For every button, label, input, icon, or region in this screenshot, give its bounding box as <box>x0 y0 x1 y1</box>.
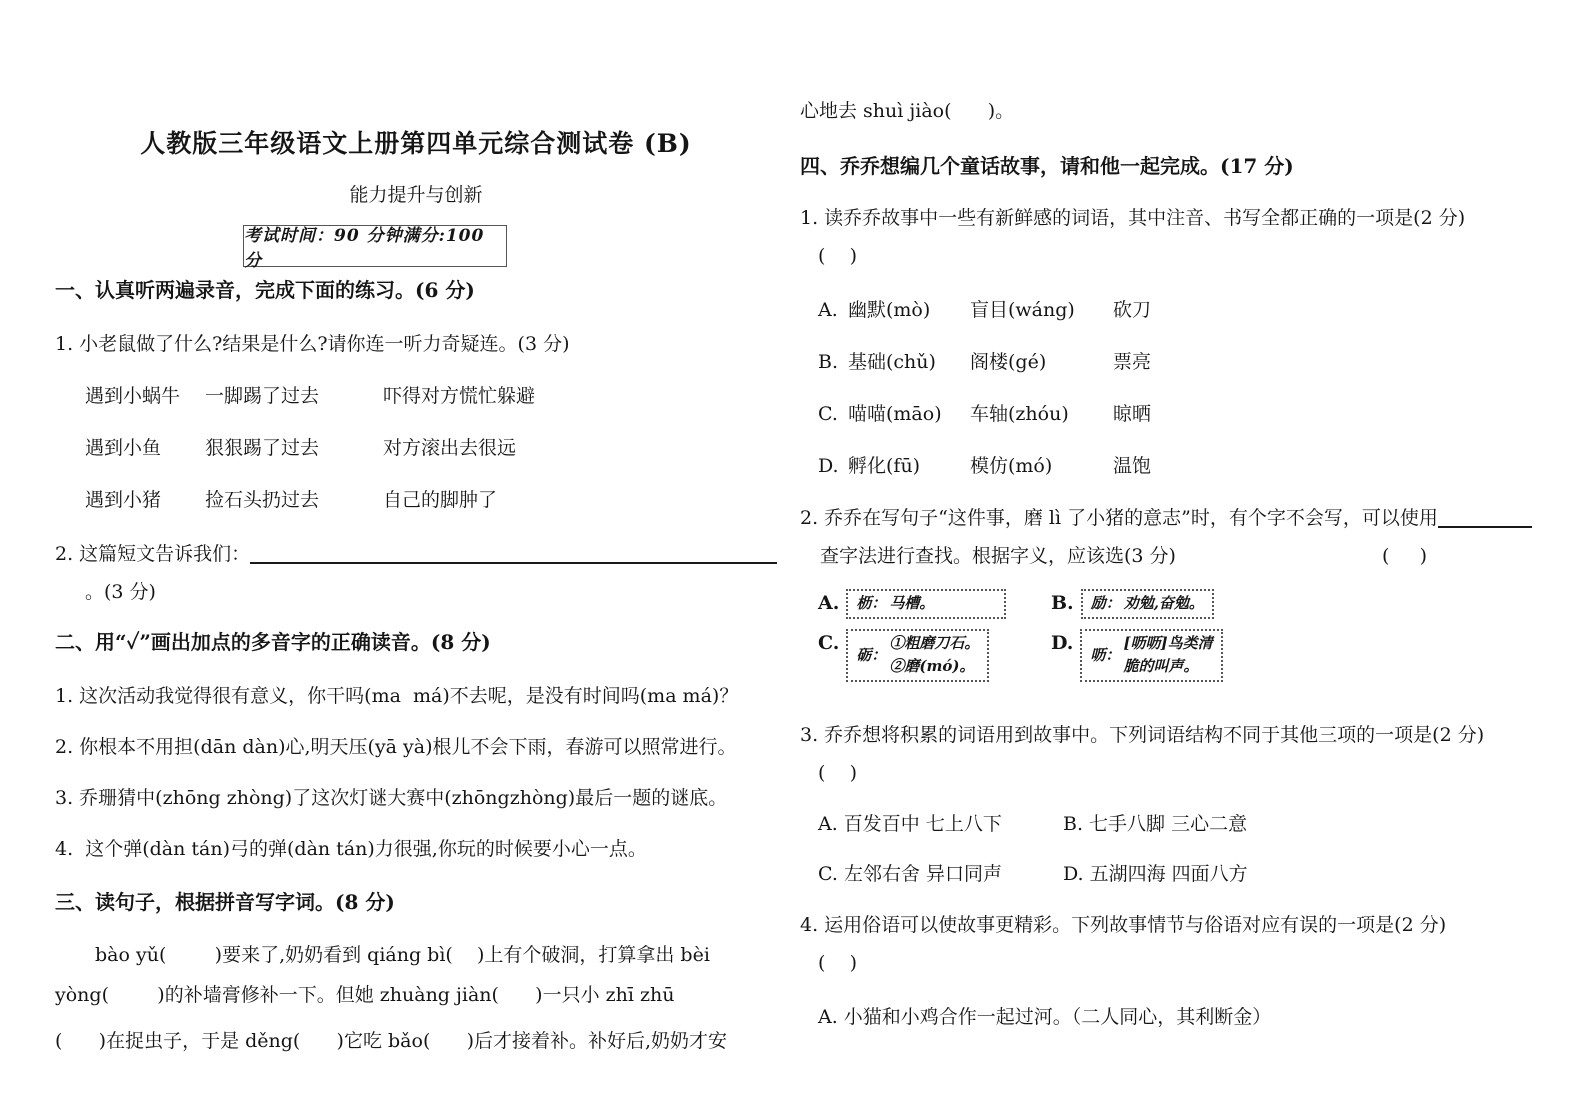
dict-box: 枥： 马槽。 <box>846 589 1006 619</box>
page-subtitle: 能力提升与创新 <box>55 180 777 207</box>
match-cell: 狠狠踢了过去 <box>205 435 383 461</box>
answer-blank-line <box>250 541 777 564</box>
matching-exercise: 遇到小蜗牛 一脚踢了过去 吓得对方慌忙躲避 遇到小鱼 狠狠踢了过去 对方滚出去很… <box>55 383 777 513</box>
dict-definition: ②磨(mó)。 <box>889 655 979 678</box>
section3-line-2: yòng( )的补墙膏修补一下。但她 zhuàng jiàn( )一只小 zhī… <box>55 982 777 1008</box>
section3-heading: 三、读句子，根据拼音写字词。(8 分) <box>55 889 777 915</box>
exam-info-box: 考试时间：90 分钟满分:100 分 <box>243 225 507 267</box>
option-pair: A. 百发百中 七上八下 <box>818 811 1063 837</box>
option-word: 喵喵(māo) <box>848 401 970 427</box>
section3-continuation: 心地去 shuì jiào( )。 <box>800 98 1532 124</box>
option-label: D. <box>818 453 848 479</box>
left-column: 人教版三年级语文上册第四单元综合测试卷 (B) 能力提升与创新 考试时间：90 … <box>55 0 777 1054</box>
match-cell: 遇到小鱼 <box>85 435 205 461</box>
match-cell: 遇到小猪 <box>85 487 205 513</box>
section3-line-1: bào yǔ( )要来了,奶奶看到 qiáng bì( )上有个破洞，打算拿出 … <box>55 942 777 968</box>
answer-bracket: ( ) <box>1382 543 1427 569</box>
option-label: D. <box>1051 629 1073 657</box>
section4-question2-line2: 查字法进行查找。根据字义，应该选(3 分) ( ) <box>800 543 1532 569</box>
option-word: 晾晒 <box>1113 401 1532 427</box>
option-pair: C. 左邻右舍 异口同声 <box>818 861 1063 887</box>
match-cell: 对方滚出去很远 <box>383 435 777 461</box>
section4-question4: 4. 运用俗语可以使故事更精彩。下列故事情节与俗语对应有误的一项是(2 分) <box>800 912 1532 938</box>
dict-definition: ①粗磨刀石。 <box>889 632 979 655</box>
dict-definition: 脆的叫声。 <box>1123 655 1212 678</box>
question3-options-row1: A. 百发百中 七上八下 B. 七手八脚 三心二意 <box>800 811 1532 837</box>
option-word: 砍刀 <box>1113 297 1532 323</box>
option-pair: D. 五湖四海 四面八方 <box>1063 861 1532 887</box>
question2-text-cont: 查字法进行查找。根据字义，应该选(3 分) <box>820 543 1176 569</box>
dict-headword: 枥： <box>856 592 886 615</box>
option-label: C. <box>818 401 848 427</box>
exam-info-text: 考试时间：90 分钟满分:100 分 <box>244 221 506 271</box>
dict-box: 励： 劝勉,奋勉。 <box>1081 589 1214 619</box>
question4-option-a: A. 小猫和小鸡合作一起过河。（二人同心，其利断金） <box>800 1004 1532 1030</box>
dict-definitions: ①粗磨刀石。 ②磨(mó)。 <box>889 632 979 679</box>
dict-headword: 励： <box>1091 592 1121 615</box>
match-cell: 遇到小蜗牛 <box>85 383 205 409</box>
section3-line-3: ( )在捉虫子，于是 děng( )它吃 bǎo( )后才接着补。补好后,奶奶才… <box>55 1028 777 1054</box>
section4-heading: 四、乔乔想编几个童话故事，请和他一起完成。(17 分) <box>800 153 1532 179</box>
page-title: 人教版三年级语文上册第四单元综合测试卷 (B) <box>55 124 777 160</box>
option-word: 盲目(wáng) <box>970 297 1113 323</box>
answer-blank-line <box>1438 505 1532 528</box>
section1-question1: 1. 小老鼠做了什么?结果是什么?请你连一听力奇疑连。(3 分) <box>55 331 777 357</box>
dict-headword: 呖： <box>1090 644 1120 667</box>
option-label: A. <box>818 589 839 617</box>
section1-heading: 一、认真听两遍录音，完成下面的练习。(6 分) <box>55 277 777 303</box>
question2-prefix: 2. 这篇短文告诉我们： <box>55 541 250 567</box>
option-word: 车轴(zhóu) <box>970 401 1113 427</box>
section2-item-1: 1. 这次活动我觉得很有意义，你干吗(ma má)不去呢，是没有时间吗(ma m… <box>55 683 777 709</box>
section2-item-2: 2. 你根本不用担(dān dàn)心,明天压(yā yà)根儿不会下雨，春游可… <box>55 734 777 760</box>
dict-entry-c: C. 砺： ①粗磨刀石。 ②磨(mó)。 <box>818 629 1051 682</box>
match-cell: 吓得对方慌忙躲避 <box>383 383 777 409</box>
option-word: 票亮 <box>1113 349 1532 375</box>
option-word: 阁楼(gé) <box>970 349 1113 375</box>
dict-entry-b: B. 励： 劝勉,奋勉。 <box>1051 589 1532 619</box>
section4-question1: 1. 读乔乔故事中一些有新鲜感的词语，其中注音、书写全都正确的一项是(2 分) <box>800 205 1532 231</box>
match-cell: 捡石头扔过去 <box>205 487 383 513</box>
right-column: 心地去 shuì jiào( )。 四、乔乔想编几个童话故事，请和他一起完成。(… <box>800 0 1532 1030</box>
section1-question2: 2. 这篇短文告诉我们： <box>55 541 777 567</box>
option-label: B. <box>1051 589 1074 617</box>
section4-question3: 3. 乔乔想将积累的词语用到故事中。下列词语结构不同于其他三项的一项是(2 分) <box>800 722 1532 748</box>
match-cell: 一脚踢了过去 <box>205 383 383 409</box>
dict-definitions: [呖呖]鸟类清 脆的叫声。 <box>1123 632 1212 679</box>
dict-headword: 砺： <box>856 644 886 667</box>
match-cell: 自己的脚肿了 <box>383 487 777 513</box>
section1-question2-suffix: 。(3 分) <box>55 579 777 605</box>
option-word: 模仿(mó) <box>970 453 1113 479</box>
dict-entry-a: A. 枥： 马槽。 <box>818 589 1051 619</box>
section4-question2-line1: 2. 乔乔在写句子“这件事，磨 lì 了小猪的意志”时，有个字不会写，可以使用 <box>800 505 1532 531</box>
answer-bracket: ( ) <box>800 760 1532 786</box>
answer-bracket: ( ) <box>800 243 1532 269</box>
question1-options: A. 幽默(mò) 盲目(wáng) 砍刀 B. 基础(chǔ) 阁楼(gé) … <box>800 297 1532 479</box>
dict-box: 呖： [呖呖]鸟类清 脆的叫声。 <box>1080 629 1222 682</box>
dict-definition: [呖呖]鸟类清 <box>1123 632 1212 655</box>
dictionary-options: A. 枥： 马槽。 B. 励： 劝勉,奋勉。 C. 砺： ①粗磨刀石。 ②磨(m… <box>800 589 1532 682</box>
option-word: 温饱 <box>1113 453 1532 479</box>
dict-box: 砺： ①粗磨刀石。 ②磨(mó)。 <box>846 629 989 682</box>
question2-text: 2. 乔乔在写句子“这件事，磨 lì 了小猪的意志”时，有个字不会写，可以使用 <box>800 505 1438 531</box>
option-label: B. <box>818 349 848 375</box>
option-pair: B. 七手八脚 三心二意 <box>1063 811 1532 837</box>
section2-item-3: 3. 乔珊猜中(zhōng zhòng)了这次灯谜大赛中(zhōngzhòng)… <box>55 785 777 811</box>
dict-definition: 马槽。 <box>889 592 934 615</box>
dict-entry-d: D. 呖： [呖呖]鸟类清 脆的叫声。 <box>1051 629 1532 682</box>
question3-options-row2: C. 左邻右舍 异口同声 D. 五湖四海 四面八方 <box>800 861 1532 887</box>
section2-item-4: 4. 这个弹(dàn tán)弓的弹(dàn tán)力很强,你玩的时候要小心一… <box>55 836 777 862</box>
answer-bracket: ( ) <box>800 950 1532 976</box>
option-label: C. <box>818 629 839 657</box>
dict-definition: 劝勉,奋勉。 <box>1124 592 1204 615</box>
option-word: 孵化(fū) <box>848 453 970 479</box>
section2-heading: 二、用“✓”画出加点的多音字的正确读音。(8 分) <box>55 629 777 655</box>
option-word: 幽默(mò) <box>848 297 970 323</box>
option-label: A. <box>818 297 848 323</box>
option-word: 基础(chǔ) <box>848 349 970 375</box>
